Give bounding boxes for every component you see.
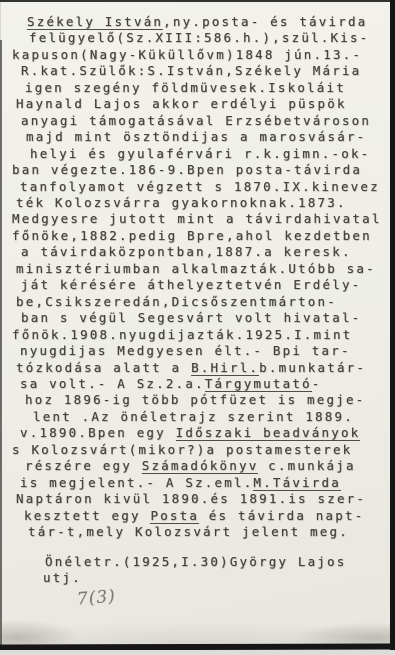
typed-text: Medgyesre jutott mint a távirdahivatal	[12, 211, 382, 226]
typed-line: tanfolyamot végzett s 1870.IX.kinevez	[1, 179, 390, 195]
typed-text: c.munkája	[258, 458, 355, 473]
typed-text: tanfolyamot végzett s 1870.IX.kinevez	[20, 179, 380, 194]
typed-line: majd mint ösztöndijas a marosvásár-	[1, 129, 390, 145]
typed-line: Haynald Lajos akkor erdélyi püspök	[1, 96, 390, 112]
typed-line: ját kérésére áthelyeztetvén Erdély-	[1, 277, 390, 293]
typed-text: ,ny.posta- és távirda	[163, 14, 367, 29]
typed-text: is megjelent.- A Sz.eml.	[20, 475, 253, 490]
typed-line: ban végezte.186-9.Bpen posta-távirda	[1, 162, 390, 178]
source-citation-block: Önéletr.(1925,I.30)György Lajosutj.	[1, 554, 390, 587]
photo-border-top	[0, 0, 395, 2]
handwritten-pencil-note: 7(3)	[76, 586, 117, 609]
underlined-title-text: Tárgymutató	[205, 376, 312, 392]
typed-text: a távirdaközpontban,1887.a keresk.	[21, 244, 352, 259]
typed-line: ban s végül Segesvárt volt hivatal-	[1, 310, 390, 326]
typed-line: minisztériumban alkalmazták.Utóbb sa-	[1, 261, 390, 277]
typed-text: ban s végül Segesvárt volt hivatal-	[21, 310, 361, 325]
underlined-title-text: Posta	[150, 508, 199, 524]
photo-border-right	[390, 0, 395, 650]
typed-text: sa volt.- A Sz.2.a.	[20, 376, 205, 391]
typed-text: főnöke,1882.pedig Bpre,ahol kezdetben	[12, 228, 372, 243]
typed-line: be,Csikszeredán,Dicsőszentmárton-	[1, 294, 390, 310]
photo-border-left	[0, 40, 2, 650]
typed-line: sa volt.- A Sz.2.a.Tárgymutató-	[1, 376, 390, 392]
underlined-title-text: Székely István	[27, 14, 163, 30]
typed-text: helyi és gyulaférvári r.k.gimn.-ok-	[30, 146, 370, 161]
underlined-title-text: B.Hirl.	[191, 360, 259, 376]
typed-line: Naptáron kivül 1890.és 1891.is szer-	[1, 491, 390, 507]
underlined-title-text: Időszaki beadványok	[176, 425, 361, 441]
typed-line: igen szegény földmüvesek.Iskoláit	[1, 80, 390, 96]
underlined-title-text: Számadókönyv	[142, 458, 259, 474]
typed-text: kapuson(Nagy-Küküllővm)1848 jún.13.-	[12, 47, 362, 62]
typed-text: b.munkatár-	[259, 360, 366, 375]
typed-line: lent .Az önéletrajz szerint 1889.	[1, 409, 390, 425]
scanned-card-photo: Székely István,ny.posta- és távirdafelüg…	[0, 0, 395, 655]
typed-line: Medgyesre jutott mint a távirdahivatal	[1, 211, 390, 227]
typed-line: ték Kolozsvárra gyakornoknak.1873.	[1, 195, 390, 211]
scan-edge-strip	[0, 650, 395, 655]
typed-line: kesztett egy Posta és távirda napt-	[1, 508, 390, 524]
typed-text: Naptáron kivül 1890.és 1891.is szer-	[16, 491, 366, 506]
typed-text: lent .Az önéletrajz szerint 1889.	[33, 409, 354, 424]
typed-line: főnöke,1882.pedig Bpre,ahol kezdetben	[1, 228, 390, 244]
typed-text: minisztériumban alkalmazták.Utóbb sa-	[16, 261, 376, 276]
typed-text: hoz 1896-ig több pótfüzet is megje-	[25, 392, 365, 407]
typed-line: hoz 1896-ig több pótfüzet is megje-	[1, 392, 390, 408]
typed-text: tózkodása alatt a	[16, 360, 191, 375]
typed-line: tózkodása alatt a B.Hirl.b.munkatár-	[1, 360, 390, 376]
typed-text: főnök.1908.nyugdijazták.1925.I.mint	[12, 327, 352, 342]
paper-card: Székely István,ny.posta- és távirdafelüg…	[1, 2, 390, 644]
typed-text: és távirda napt-	[199, 508, 364, 523]
typed-line: Önéletr.(1925,I.30)György Lajos	[1, 554, 390, 570]
typed-line: anyagi támogatásával Erzsébetvároson	[1, 113, 390, 129]
typed-line: kapuson(Nagy-Küküllővm)1848 jún.13.-	[1, 47, 390, 63]
typed-text: majd mint ösztöndijas a marosvásár-	[26, 129, 366, 144]
typed-text: -	[312, 376, 322, 391]
typed-line: helyi és gyulaférvári r.k.gimn.-ok-	[1, 146, 390, 162]
typed-text: anyagi támogatásával Erzsébetvároson	[21, 113, 371, 128]
typed-text: részére egy	[25, 458, 142, 473]
typed-text: igen szegény földmüvesek.Iskoláit	[25, 80, 346, 95]
typed-line: tár-t,mely Kolozsvárt jelent meg.	[1, 524, 390, 540]
typed-text: kesztett egy	[24, 508, 150, 523]
typed-text: nyugdijas Medgyesen élt.- Bpi tar-	[20, 343, 351, 358]
typed-text: felügyelő(Sz.XIII:586.h.),szül.Kis-	[29, 30, 369, 45]
typed-text: tár-t,mely Kolozsvárt jelent meg.	[28, 524, 349, 539]
typed-text: Önéletr.(1925,I.30)György Lajos	[45, 554, 347, 569]
underlined-title-text: M.Távirda	[253, 475, 341, 491]
typed-text: s Kolozsvárt(mikor?)a postamesterek	[12, 442, 352, 457]
typed-text: ját kérésére áthelyeztetvén Erdély-	[21, 277, 361, 292]
typed-line: v.1890.Bpen egy Időszaki beadványok	[1, 425, 390, 441]
typed-text: ték Kolozsvárra gyakornoknak.1873.	[16, 195, 347, 210]
typed-text: utj.	[43, 570, 82, 585]
typed-line: s Kolozsvárt(mikor?)a postamesterek	[1, 442, 390, 458]
typed-text: v.1890.Bpen egy	[20, 425, 176, 440]
typed-text-block: Székely István,ny.posta- és távirdafelüg…	[1, 14, 390, 541]
typed-line: R.kat.Szülők:S.István,Székely Mária	[1, 63, 390, 79]
typed-text: ban végezte.186-9.Bpen posta-távirda	[12, 162, 362, 177]
typed-text: Haynald Lajos akkor erdélyi püspök	[16, 96, 347, 111]
typed-line: nyugdijas Medgyesen élt.- Bpi tar-	[1, 343, 390, 359]
typed-line: a távirdaközpontban,1887.a keresk.	[1, 244, 390, 260]
typed-line: részére egy Számadókönyv c.munkája	[1, 458, 390, 474]
typed-line: is megjelent.- A Sz.eml.M.Távirda	[1, 475, 390, 491]
typed-text: be,Csikszeredán,Dicsőszentmárton-	[16, 294, 337, 309]
typed-line: főnök.1908.nyugdijazták.1925.I.mint	[1, 327, 390, 343]
typed-line: utj.	[1, 570, 390, 586]
typed-line: Székely István,ny.posta- és távirda	[1, 14, 390, 30]
typed-line: felügyelő(Sz.XIII:586.h.),szül.Kis-	[1, 30, 390, 46]
typed-text: R.kat.Szülők:S.István,Székely Mária	[21, 63, 361, 78]
